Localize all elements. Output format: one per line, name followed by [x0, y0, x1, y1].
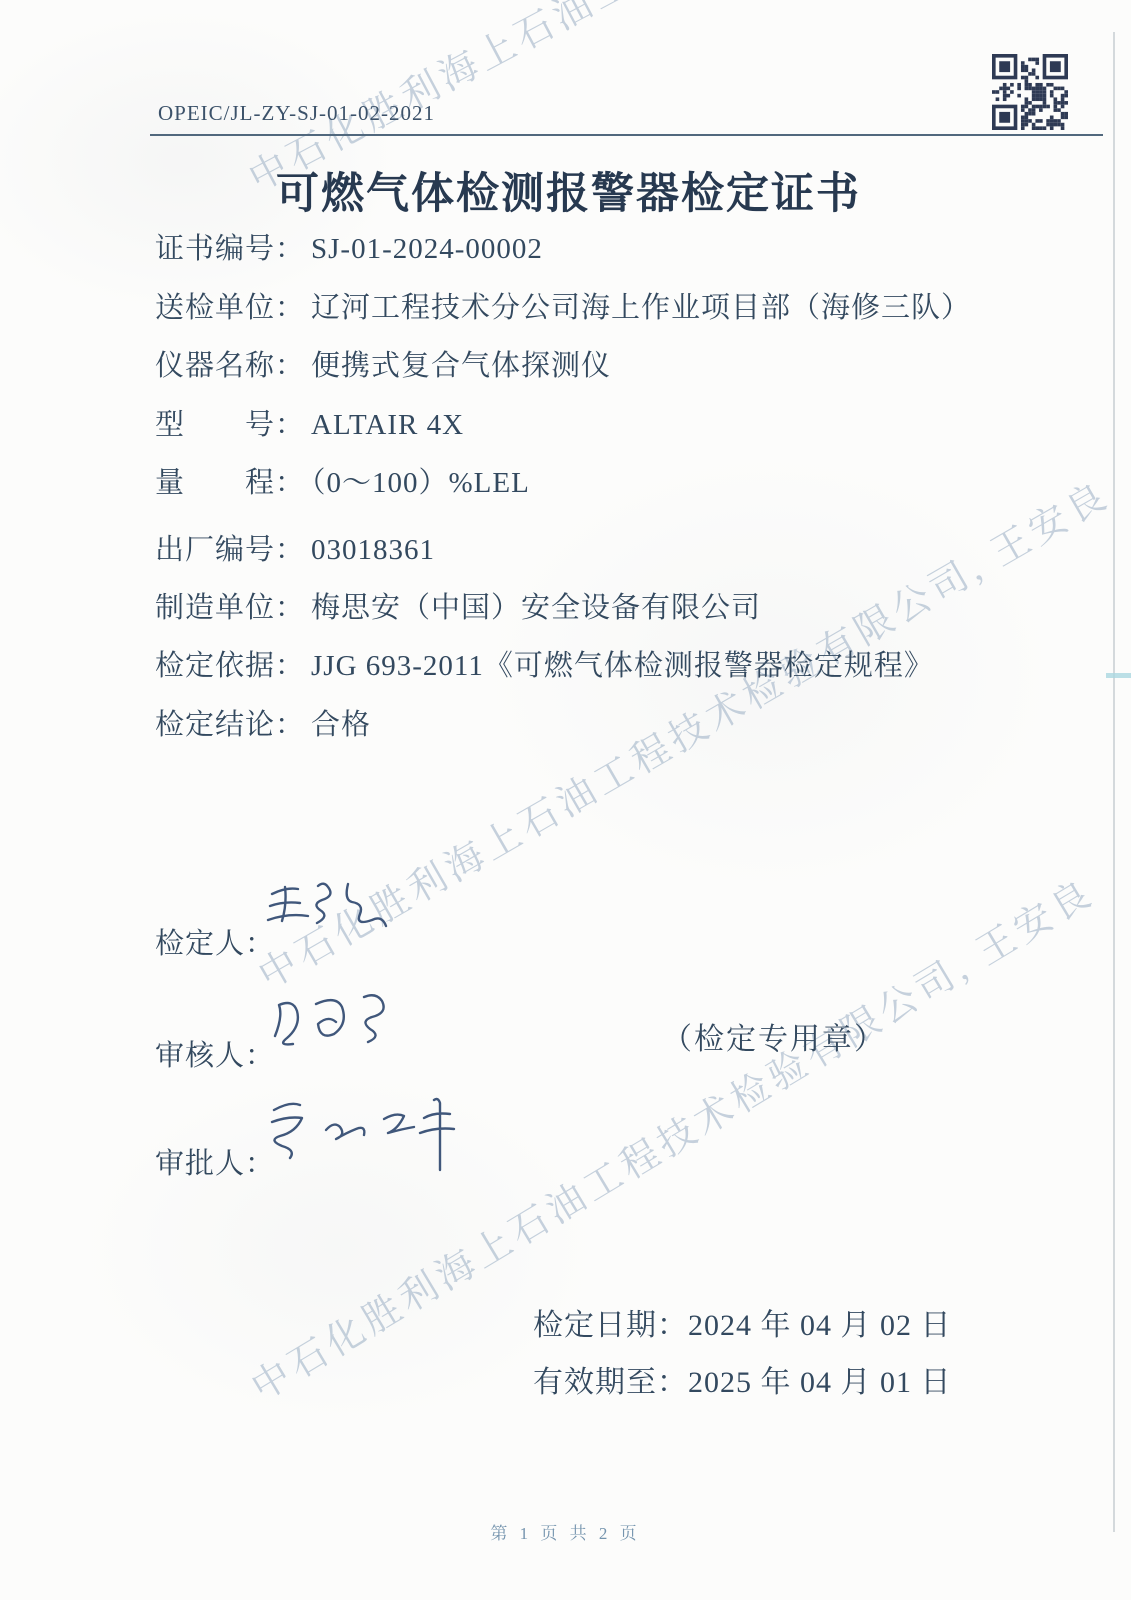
- field-value: SJ-01-2024-00002: [311, 233, 543, 265]
- qr-finder-bottom-left: [992, 105, 1017, 130]
- field-value: 03018361: [311, 534, 435, 566]
- date-value: 2024 年 04 月 02 日: [688, 1309, 952, 1342]
- field-row-manufacturer: 制造单位：梅思安（中国）安全设备有限公司: [155, 585, 761, 626]
- page-number: 第 1 页 共 2 页: [0, 1519, 1131, 1544]
- field-row-serial-no: 出厂编号：03018361: [155, 527, 435, 568]
- scan-edge-mark: [1106, 673, 1131, 678]
- date-label: 检定日期：: [533, 1309, 688, 1342]
- field-label: 证书编号：: [155, 233, 305, 265]
- field-value: ALTAIR 4X: [311, 409, 464, 441]
- approver-label: 审批人：: [155, 1141, 275, 1182]
- doc-code: OPEIC/JL-ZY-SJ-01-02-2021: [158, 101, 435, 126]
- qr-code-icon: [992, 54, 1068, 130]
- approver-signature: [258, 1086, 473, 1191]
- field-value: 辽河工程技术分公司海上作业项目部（海修三队）: [311, 292, 971, 324]
- field-row-conclusion: 检定结论：合格: [155, 702, 371, 743]
- field-label: 送检单位：: [155, 292, 305, 324]
- calibration-date-row: 检定日期：2024 年 04 月 02 日: [533, 1300, 952, 1344]
- date-value: 2025 年 04 月 01 日: [688, 1366, 952, 1399]
- inspector-signature: [262, 874, 402, 951]
- field-label: 型 号：: [155, 409, 305, 441]
- field-label: 检定依据：: [155, 650, 305, 682]
- field-label: 检定结论：: [155, 709, 305, 741]
- field-row-model: 型 号：ALTAIR 4X: [155, 402, 464, 443]
- field-label: 量 程：: [155, 467, 305, 499]
- scan-edge-line: [1113, 32, 1115, 1532]
- field-row-instrument: 仪器名称：便携式复合气体探测仪: [155, 343, 611, 384]
- seal-note: （检定专用章）: [662, 1014, 886, 1058]
- field-value: 梅思安（中国）安全设备有限公司: [311, 592, 761, 624]
- field-value: （0～100）%LEL: [311, 467, 530, 499]
- field-label: 仪器名称：: [155, 350, 305, 382]
- field-label: 制造单位：: [155, 592, 305, 624]
- field-value: 便携式复合气体探测仪: [311, 350, 611, 382]
- field-row-certificate-no: 证书编号：SJ-01-2024-00002: [155, 226, 543, 267]
- reviewer-signature: [262, 984, 417, 1067]
- field-value: JJG 693-2011《可燃气体检测报警器检定规程》: [311, 650, 934, 682]
- field-row-basis: 检定依据：JJG 693-2011《可燃气体检测报警器检定规程》: [155, 643, 934, 684]
- qr-finder-top-right: [1043, 54, 1068, 79]
- header-rule: [150, 134, 1103, 136]
- page-title: 可燃气体检测报警器检定证书: [276, 160, 861, 221]
- field-label: 出厂编号：: [155, 534, 305, 566]
- field-row-range: 量 程：（0～100）%LEL: [155, 460, 530, 501]
- qr-finder-top-left: [992, 54, 1017, 79]
- date-label: 有效期至：: [533, 1366, 688, 1399]
- reviewer-label: 审核人：: [155, 1033, 275, 1074]
- certificate-page: 中石化胜利海上石油工程技术检验有限公司, 王安良 中石化胜利海上石油工程技术检验…: [0, 0, 1131, 1600]
- inspector-label: 检定人：: [155, 921, 275, 962]
- valid-until-row: 有效期至：2025 年 04 月 01 日: [533, 1357, 952, 1401]
- field-value: 合格: [311, 709, 371, 741]
- field-row-client: 送检单位：辽河工程技术分公司海上作业项目部（海修三队）: [155, 285, 971, 326]
